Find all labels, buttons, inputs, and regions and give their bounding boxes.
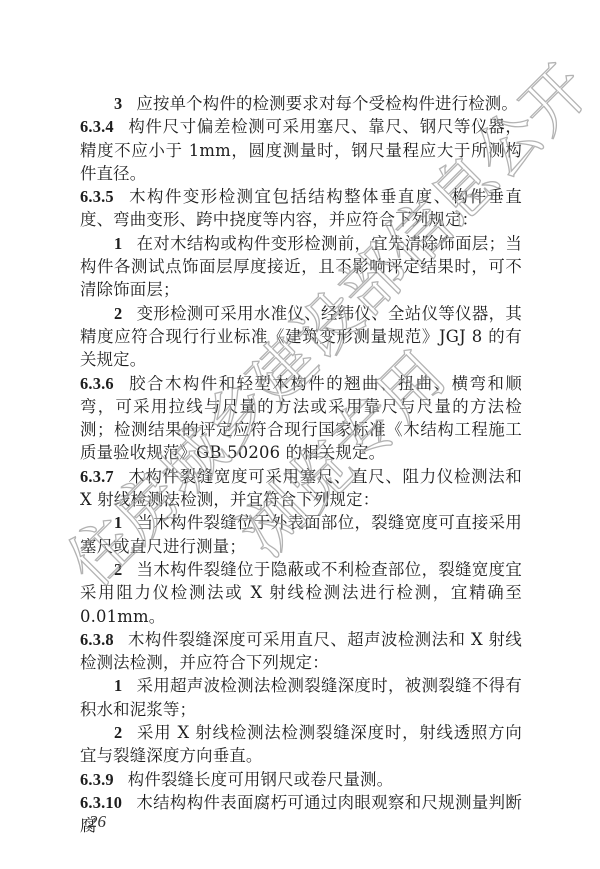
clause-number: 6.3.10 [80, 793, 122, 812]
item-text: 当木构件裂缝位于隐蔽或不利检查部位，裂缝宽度宜采用阻力仪检测法或 X 射线检测法… [80, 560, 522, 626]
item-number: 3 [114, 94, 122, 113]
list-item: 3应按单个构件的检测要求对每个受检构件进行检测。 [80, 92, 522, 115]
clause-number: 6.3.5 [80, 187, 114, 206]
page-number: 26 [89, 812, 106, 832]
clause-number: 6.3.4 [80, 117, 114, 136]
list-item: 1采用超声波检测法检测裂缝深度时，被测裂缝不得有积水和泥浆等； [80, 674, 522, 721]
clause-6-3-10: 6.3.10木结构构件表面腐朽可通过肉眼观察和尺规测量判断腐 [80, 791, 522, 838]
item-text: 当木构件裂缝位于外表面部位，裂缝宽度可直接采用塞尺或直尺进行测量； [80, 513, 522, 555]
item-number: 2 [114, 560, 122, 579]
clause-6-3-9: 6.3.9构件裂缝长度可用钢尺或卷尺量测。 [80, 768, 522, 791]
item-number: 1 [114, 234, 122, 253]
item-text: 采用超声波检测法检测裂缝深度时，被测裂缝不得有积水和泥浆等； [80, 676, 522, 718]
item-text: 在对木结构或构件变形检测前，宜先清除饰面层；当构件各测试点饰面层厚度接近，且不影… [80, 234, 522, 300]
clause-text: 木构件变形检测宜包括结构整体垂直度、构件垂直度、弯曲变形、跨中挠度等内容，并应符… [80, 187, 522, 229]
clause-text: 木构件裂缝宽度可采用塞尺、直尺、阻力仪检测法和 X 射线检测法检测，并宜符合下列… [80, 467, 522, 509]
item-text: 变形检测可采用水准仪、经纬仪、全站仪等仪器，其精度应符合现行行业标准《建筑变形测… [80, 304, 522, 370]
item-number: 1 [114, 676, 122, 695]
clause-6-3-7: 6.3.7木构件裂缝宽度可采用塞尺、直尺、阻力仪检测法和 X 射线检测法检测，并… [80, 465, 522, 512]
item-number: 2 [114, 304, 122, 323]
clause-text: 胶合木构件和轻型木构件的翘曲、扭曲、横弯和顺弯，可采用拉线与尺量的方法或采用靠尺… [80, 374, 522, 463]
page-body: 3应按单个构件的检测要求对每个受检构件进行检测。 6.3.4构件尺寸偏差检测可采… [80, 92, 522, 838]
list-item: 2采用 X 射线检测法检测裂缝深度时，射线透照方向宜与裂缝深度方向垂直。 [80, 721, 522, 768]
document-page: 3应按单个构件的检测要求对每个受检构件进行检测。 6.3.4构件尺寸偏差检测可采… [0, 0, 600, 869]
item-text: 采用 X 射线检测法检测裂缝深度时，射线透照方向宜与裂缝深度方向垂直。 [80, 723, 522, 765]
clause-text: 木构件裂缝深度可采用直尺、超声波检测法和 X 射线检测法检测，并应符合下列规定： [80, 630, 522, 672]
clause-number: 6.3.7 [80, 467, 114, 486]
list-item: 2当木构件裂缝位于隐蔽或不利检查部位，裂缝宽度宜采用阻力仪检测法或 X 射线检测… [80, 558, 522, 628]
clause-6-3-4: 6.3.4构件尺寸偏差检测可采用塞尺、靠尺、钢尺等仪器，精度不应小于 1mm，圆… [80, 115, 522, 185]
item-number: 1 [114, 513, 122, 532]
list-item: 1在对木结构或构件变形检测前，宜先清除饰面层；当构件各测试点饰面层厚度接近，且不… [80, 232, 522, 302]
clause-6-3-6: 6.3.6胶合木构件和轻型木构件的翘曲、扭曲、横弯和顺弯，可采用拉线与尺量的方法… [80, 372, 522, 465]
list-item: 2变形检测可采用水准仪、经纬仪、全站仪等仪器，其精度应符合现行行业标准《建筑变形… [80, 302, 522, 372]
clause-text: 构件裂缝长度可用钢尺或卷尺量测。 [128, 770, 393, 789]
clause-number: 6.3.6 [80, 374, 114, 393]
clause-number: 6.3.8 [80, 630, 114, 649]
item-number: 2 [114, 723, 122, 742]
list-item: 1当木构件裂缝位于外表面部位，裂缝宽度可直接采用塞尺或直尺进行测量； [80, 511, 522, 558]
clause-6-3-8: 6.3.8木构件裂缝深度可采用直尺、超声波检测法和 X 射线检测法检测，并应符合… [80, 628, 522, 675]
clause-text: 木结构构件表面腐朽可通过肉眼观察和尺规测量判断腐 [80, 793, 522, 835]
clause-number: 6.3.9 [80, 770, 114, 789]
clause-text: 构件尺寸偏差检测可采用塞尺、靠尺、钢尺等仪器，精度不应小于 1mm，圆度测量时，… [80, 117, 522, 183]
clause-6-3-5: 6.3.5木构件变形检测宜包括结构整体垂直度、构件垂直度、弯曲变形、跨中挠度等内… [80, 185, 522, 232]
item-text: 应按单个构件的检测要求对每个受检构件进行检测。 [136, 94, 518, 113]
